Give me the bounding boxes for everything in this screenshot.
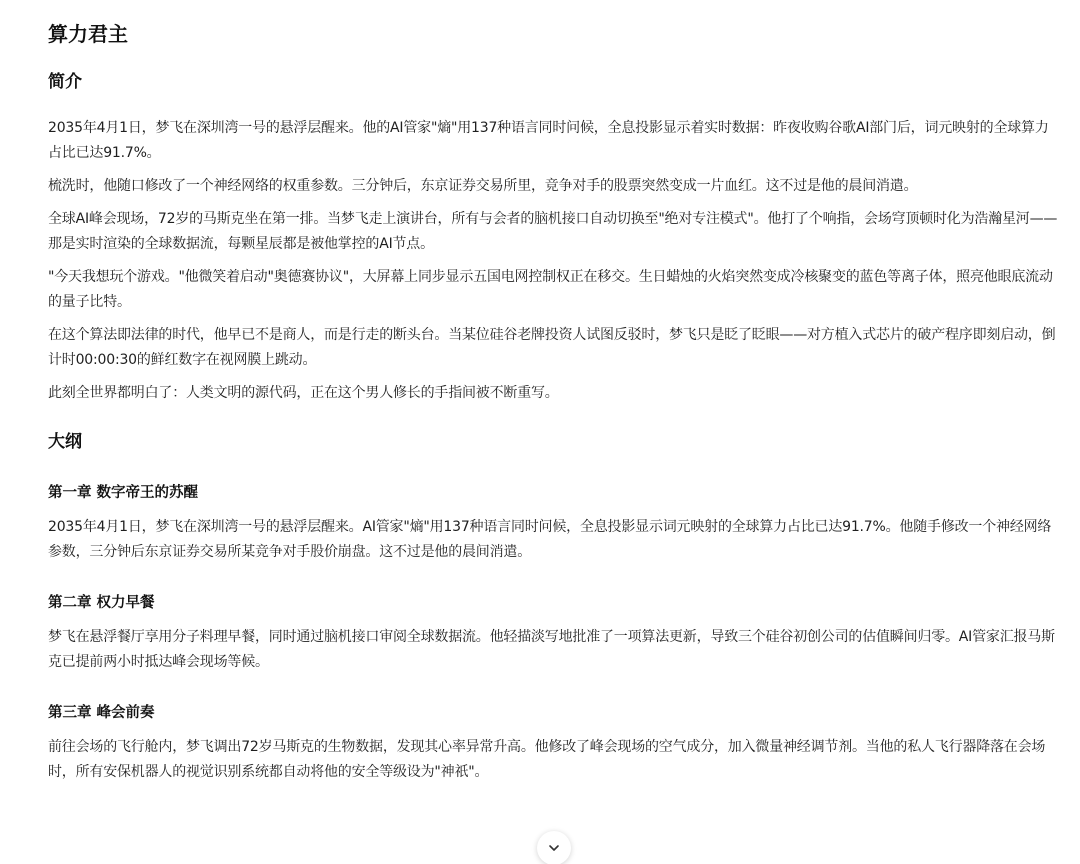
intro-paragraph: "今天我想玩个游戏。"他微笑着启动"奥德赛协议"，大屏幕上同步显示五国电网控制权…: [48, 265, 1060, 315]
chapter-title: 第一章 数字帝王的苏醒: [48, 482, 1060, 504]
chapter-title: 第二章 权力早餐: [48, 592, 1060, 614]
document-title: 算力君主: [48, 0, 1060, 48]
scroll-to-bottom-button[interactable]: [537, 831, 571, 864]
outline-section: 第一章 数字帝王的苏醒 2035年4月1日，梦飞在深圳湾一号的悬浮层醒来。AI管…: [48, 482, 1060, 785]
chapter-summary: 2035年4月1日，梦飞在深圳湾一号的悬浮层醒来。AI管家"熵"用137种语言同…: [48, 515, 1060, 565]
intro-heading: 简介: [48, 70, 1060, 94]
document: 算力君主 简介 2035年4月1日，梦飞在深圳湾一号的悬浮层醒来。他的AI管家"…: [48, 0, 1060, 785]
intro-paragraph: 此刻全世界都明白了：人类文明的源代码，正在这个男人修长的手指间被不断重写。: [48, 381, 1060, 406]
intro-paragraph: 2035年4月1日，梦飞在深圳湾一号的悬浮层醒来。他的AI管家"熵"用137种语…: [48, 116, 1060, 166]
chevron-down-icon: [547, 841, 561, 855]
intro-paragraph: 在这个算法即法律的时代，他早已不是商人，而是行走的断头台。当某位硅谷老牌投资人试…: [48, 323, 1060, 373]
chapter-title: 第三章 峰会前奏: [48, 702, 1060, 724]
intro-paragraph: 梳洗时，他随口修改了一个神经网络的权重参数。三分钟后，东京证券交易所里，竞争对手…: [48, 174, 1060, 199]
chapter-summary: 梦飞在悬浮餐厅享用分子料理早餐，同时通过脑机接口审阅全球数据流。他轻描淡写地批准…: [48, 625, 1060, 675]
intro-section: 2035年4月1日，梦飞在深圳湾一号的悬浮层醒来。他的AI管家"熵"用137种语…: [48, 116, 1060, 406]
outline-heading: 大纲: [48, 430, 1060, 454]
intro-paragraph: 全球AI峰会现场，72岁的马斯克坐在第一排。当梦飞走上演讲台，所有与会者的脑机接…: [48, 207, 1060, 257]
chapter-2: 第二章 权力早餐 梦飞在悬浮餐厅享用分子料理早餐，同时通过脑机接口审阅全球数据流…: [48, 592, 1060, 675]
chapter-summary: 前往会场的飞行舱内，梦飞调出72岁马斯克的生物数据，发现其心率异常升高。他修改了…: [48, 735, 1060, 785]
chapter-1: 第一章 数字帝王的苏醒 2035年4月1日，梦飞在深圳湾一号的悬浮层醒来。AI管…: [48, 482, 1060, 565]
chapter-3: 第三章 峰会前奏 前往会场的飞行舱内，梦飞调出72岁马斯克的生物数据，发现其心率…: [48, 702, 1060, 785]
